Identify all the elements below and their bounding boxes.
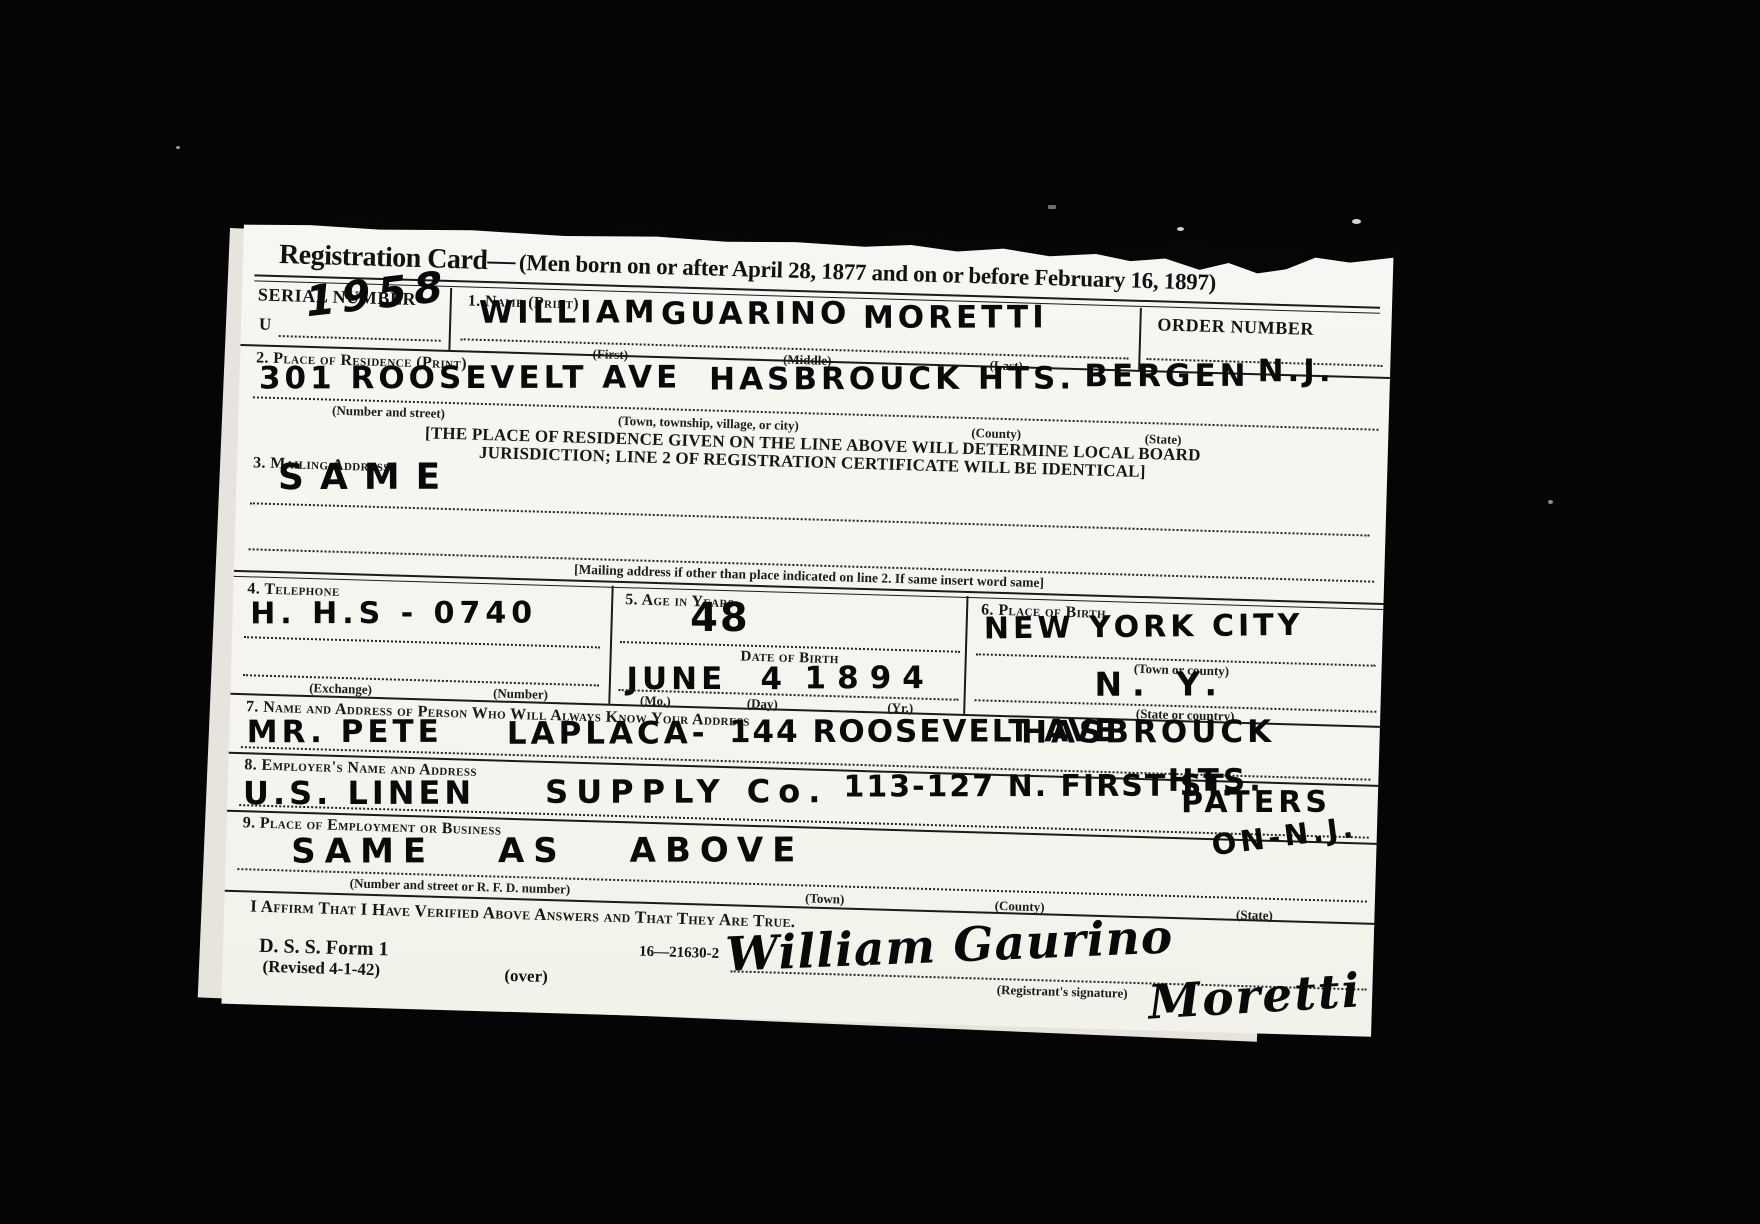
name-first-value: WILLIAM [479,294,659,330]
mailing-write-line [250,478,1370,536]
telephone-write-line [244,612,601,648]
affirmation-text: I Affirm That I Have Verified Above Answ… [250,896,796,932]
scan-speck [1548,500,1553,504]
scan-speck [1177,227,1184,231]
form-revision: (Revised 4-1-42) [262,957,380,980]
divider-age-birth [963,596,968,714]
registrant-signature-last: Moretti [1147,963,1363,1030]
divider-serial-name [448,288,452,350]
print-code: 16—21630-2 [639,944,719,963]
contact-overflow: HTS. [1168,763,1265,799]
name-middle-value: GUARINO [661,296,850,332]
over-note: (over) [504,966,548,987]
serial-prefix: U [259,314,272,334]
residence-county-value: BERGEN [1084,358,1249,394]
scan-speck [1352,219,1361,224]
registration-card: Registration Card— (Men born on or after… [221,222,1393,1037]
divider-tel-age [608,586,613,704]
name-last-value: MORETTI [863,299,1048,335]
scan-speck [176,146,180,149]
scanner-background: { "colors": { "background": "#050505", "… [0,0,1760,1224]
scan-speck [1048,205,1056,209]
residence-state-value: N.J. [1258,353,1335,389]
